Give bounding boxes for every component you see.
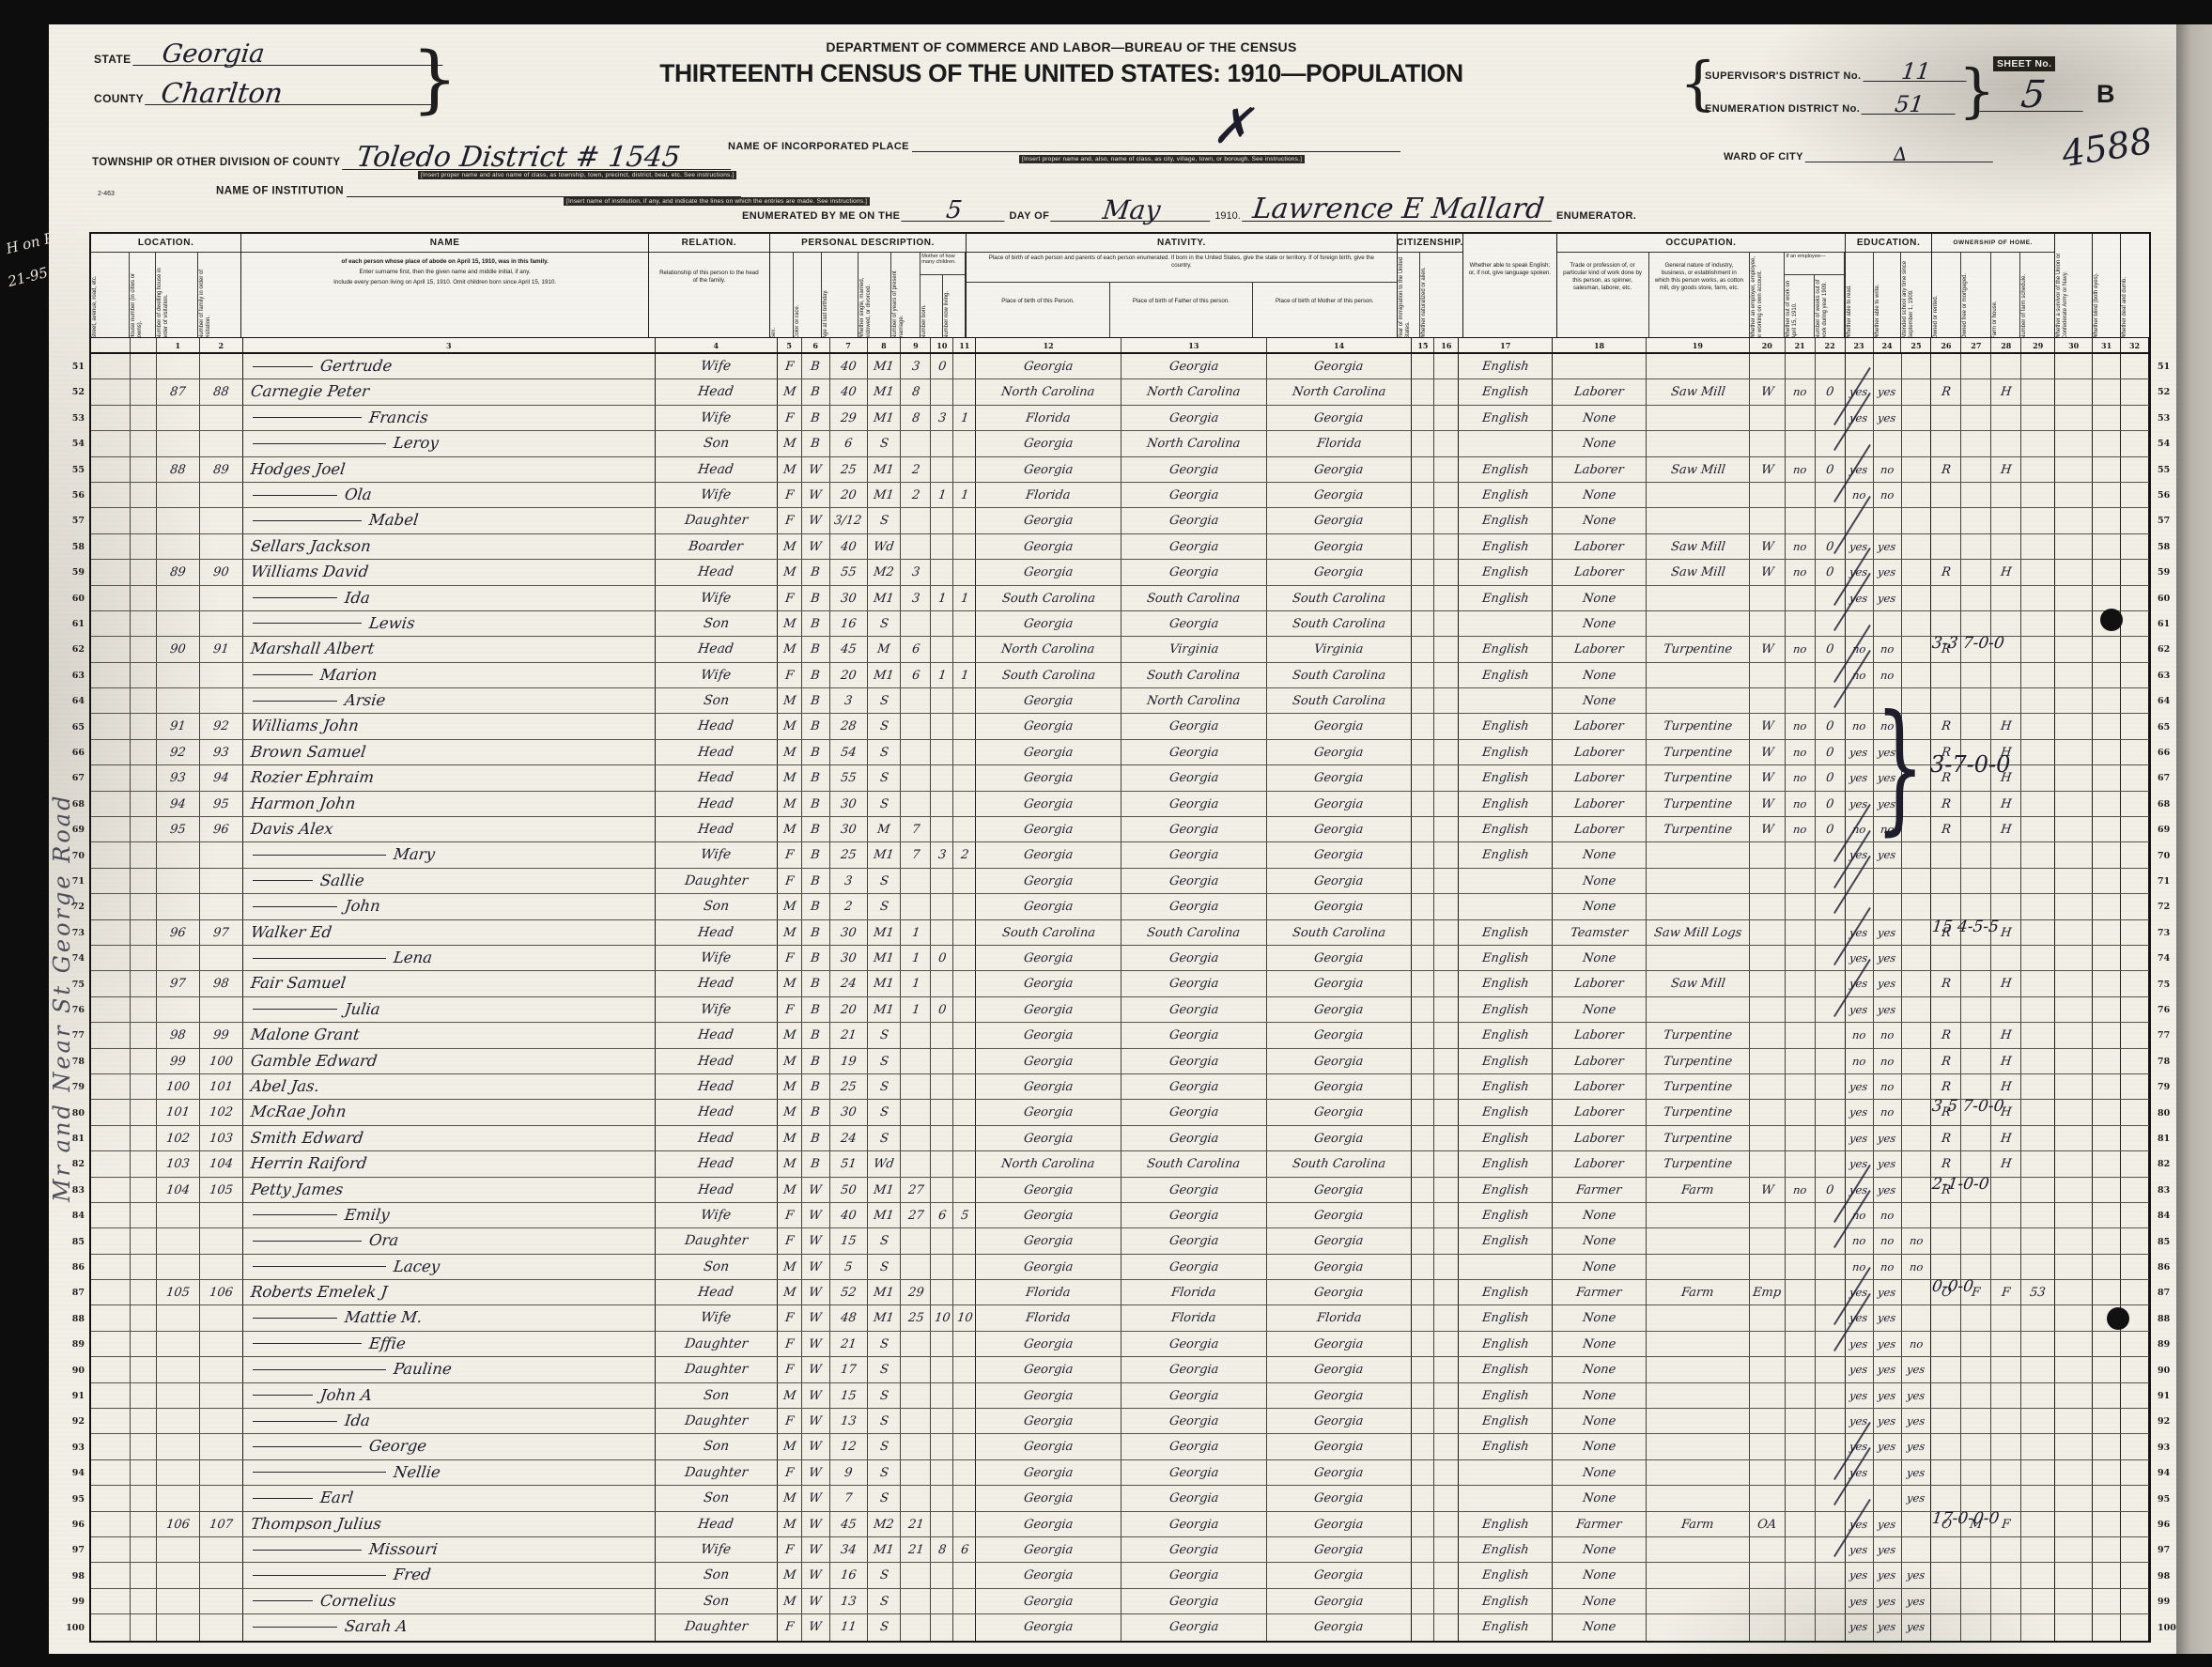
cell-name-value: George	[367, 1434, 427, 1458]
colgroup-location-cols: Street, avenue, road, etc.House number (…	[91, 253, 240, 337]
cell-name-value: Smith Edward	[249, 1126, 364, 1150]
cell-family	[200, 1383, 243, 1408]
cell-fm	[1961, 663, 1991, 687]
cell-cit2	[1434, 1434, 1459, 1459]
cell-wr	[1874, 611, 1902, 636]
cell-fs	[2021, 1228, 2055, 1253]
cell-race-value: W	[808, 1615, 823, 1639]
cell-emp-value: W	[1759, 818, 1774, 841]
cell-trade-value: None	[1581, 689, 1616, 713]
cell-fm	[1961, 714, 1991, 738]
cell-cit1	[1412, 1563, 1434, 1587]
colheader-marital: Whether single, married, widowed, or div…	[859, 253, 891, 337]
cell-pb-value: Georgia	[1022, 689, 1074, 713]
cell-cit2	[1434, 1126, 1459, 1150]
supervisor-district-field: SUPERVISOR'S DISTRICT No. 11	[1705, 58, 1968, 82]
cell-family: 95	[200, 792, 243, 816]
cell-cit1	[1412, 842, 1434, 867]
cell-wk	[1816, 1203, 1846, 1227]
cell-wk-value: 0	[1824, 535, 1834, 559]
cell-cit1	[1412, 406, 1434, 430]
cell-eng: English	[1459, 1228, 1553, 1253]
cell-ow	[1786, 1126, 1816, 1150]
cell-cb-value: 6	[936, 1204, 947, 1227]
cell-dwelling	[157, 1255, 200, 1279]
cell-emp	[1750, 1255, 1786, 1279]
cell-dwelling: 100	[157, 1074, 200, 1099]
cell-pbf: Georgia	[1121, 611, 1267, 636]
cell-cit1	[1412, 1178, 1434, 1202]
colgroup-citizenship-cols: Year of immigration to the United States…	[1398, 253, 1463, 337]
cell-emp-value: W	[1759, 793, 1774, 816]
cell-family	[200, 1203, 243, 1227]
cell-fm	[1961, 1151, 1991, 1176]
cell-relation-value: Son	[702, 895, 730, 918]
cell-emp-value: W	[1759, 766, 1774, 790]
cell-house	[131, 586, 157, 610]
row-annotation: 17-0-0-0	[1931, 1509, 2001, 1528]
cell-fs: 53	[2021, 1280, 2055, 1304]
cell-ym: 21	[901, 1537, 931, 1562]
cell-blind	[2093, 1151, 2121, 1176]
cell-wk-value: 0	[1824, 793, 1834, 816]
cell-sex-value: F	[783, 1358, 795, 1381]
cell-fm	[1961, 1383, 1991, 1408]
ward-field: WARD OF CITY ∆	[1724, 143, 1994, 162]
cell-pbm-value: Georgia	[1313, 1075, 1365, 1099]
cell-rd: no	[1846, 1049, 1874, 1073]
cell-ind: Turpentine	[1647, 1074, 1750, 1099]
cell-eng-value: English	[1480, 1075, 1530, 1099]
cell-own: R	[1931, 1074, 1961, 1099]
cell-relation: Wife	[656, 1203, 778, 1227]
cell-wk: 0	[1816, 637, 1846, 661]
scan-border-top	[0, 0, 2212, 24]
cell-fm	[1961, 1614, 1991, 1640]
left-line-number: 79	[60, 1074, 85, 1100]
cell-ym: 1	[901, 920, 931, 945]
cell-emp	[1750, 946, 1786, 970]
cell-ym	[901, 1486, 931, 1510]
cell-ow: no	[1786, 534, 1816, 559]
cell-wk: 0	[1816, 560, 1846, 584]
cell-ind: Farm	[1647, 1512, 1750, 1536]
cell-eng: English	[1459, 354, 1553, 378]
cell-pbf-value: Georgia	[1168, 818, 1219, 841]
cell-own: R	[1931, 1126, 1961, 1150]
cell-race-value: W	[808, 509, 823, 533]
cell-fh	[1991, 1178, 2021, 1202]
cell-ym-value: 8	[910, 407, 920, 430]
cell-marital: S	[868, 1614, 902, 1640]
cell-trade: None	[1553, 1460, 1647, 1485]
cell-wk-value: 0	[1824, 715, 1834, 738]
cell-age-value: 52	[839, 1281, 858, 1304]
left-line-number: 64	[60, 688, 85, 714]
cell-rd-value: no	[1850, 1024, 1866, 1047]
colheader-trade: Trade or profession of, or particular ki…	[1557, 253, 1649, 337]
cell-pbf: Florida	[1121, 1280, 1267, 1304]
cell-cl	[953, 1023, 976, 1047]
cell-relation-value: Daughter	[683, 1615, 749, 1639]
cell-deaf	[2121, 817, 2149, 841]
cell-fm	[1961, 997, 1991, 1022]
cell-emp	[1750, 869, 1786, 893]
cell-cit2	[1434, 1614, 1459, 1640]
cell-own	[1931, 1332, 1961, 1356]
left-line-number: 84	[60, 1203, 85, 1228]
cell-dwelling: 106	[157, 1512, 200, 1536]
cell-family: 97	[200, 920, 243, 945]
cell-surv	[2055, 714, 2093, 738]
cell-age-value: 55	[839, 561, 858, 584]
cell-wk	[1816, 1537, 1846, 1562]
census-row-line-84: EmilyWifeFW40M12765GeorgiaGeorgiaGeorgia…	[91, 1203, 2149, 1228]
cell-pbf-value: Georgia	[1168, 484, 1219, 507]
cell-name-value: Francis	[367, 406, 429, 429]
cell-eng-value: English	[1480, 1229, 1530, 1253]
cell-wr: no	[1874, 663, 1902, 687]
cell-emp	[1750, 688, 1786, 713]
cell-ow	[1786, 1486, 1816, 1510]
cell-name: Marshall Albert	[243, 637, 656, 661]
cell-fh	[1991, 534, 2021, 559]
cell-rd-value: yes	[1848, 741, 1869, 764]
family-continuation-dash	[253, 1343, 362, 1344]
cell-emp	[1750, 586, 1786, 610]
cell-ow: no	[1786, 1178, 1816, 1202]
cell-relation-value: Boarder	[688, 535, 745, 559]
cell-ind: Turpentine	[1647, 1049, 1750, 1073]
cell-cb	[931, 1460, 953, 1485]
cell-fm	[1961, 354, 1991, 378]
cell-dwelling	[157, 1589, 200, 1613]
cell-cit2	[1434, 946, 1459, 970]
left-line-number: 55	[60, 457, 85, 483]
colheader-weeks-out-label: Number of weeks out of work during year …	[1815, 275, 1830, 337]
cell-emp	[1750, 1074, 1786, 1099]
cell-dwelling	[157, 997, 200, 1022]
cell-eng-value: English	[1480, 1410, 1530, 1433]
cell-surv	[2055, 457, 2093, 482]
cell-fh	[1991, 1305, 2021, 1330]
cell-marital: M1	[868, 1178, 902, 1202]
cell-house	[131, 611, 157, 636]
cell-race: W	[802, 1409, 830, 1433]
cell-wr-value: no	[1879, 484, 1895, 507]
cell-name-value: Sallie	[318, 869, 365, 892]
cell-pbf: Georgia	[1121, 1589, 1267, 1613]
cell-trade: None	[1553, 611, 1647, 636]
column-number: 7	[830, 338, 868, 352]
cell-surv	[2055, 1049, 2093, 1073]
cell-ind-value: Turpentine	[1662, 715, 1733, 738]
cell-fs	[2021, 894, 2055, 918]
cell-wr-value: yes	[1877, 921, 1897, 945]
cell-eng-value: English	[1480, 1513, 1530, 1536]
cell-ind-value: Turpentine	[1662, 638, 1733, 661]
cell-name-value: Missouri	[367, 1537, 439, 1561]
cell-ow	[1786, 1434, 1816, 1459]
cell-cit1	[1412, 714, 1434, 738]
cell-pbf-value: South Carolina	[1146, 921, 1242, 945]
cell-ym	[901, 869, 931, 893]
cell-name: Fair Samuel	[243, 971, 656, 996]
cell-fh: H	[1991, 1049, 2021, 1073]
cell-wr: yes	[1874, 379, 1902, 404]
cell-relation-value: Head	[697, 638, 735, 661]
cell-pbm-value: Georgia	[1313, 947, 1365, 970]
cell-emp	[1750, 971, 1786, 996]
cell-marital-value: M1	[873, 355, 896, 378]
cell-fs	[2021, 1614, 2055, 1640]
cell-wr: no	[1874, 1100, 1902, 1124]
column-number: 23	[1846, 338, 1874, 352]
cell-dwelling	[157, 611, 200, 636]
cell-fm	[1961, 1305, 1991, 1330]
cell-age-value: 45	[839, 1513, 858, 1536]
cell-dwelling-value: 104	[164, 1179, 191, 1202]
cell-age: 17	[830, 1357, 868, 1381]
cell-fh	[1991, 1332, 2021, 1356]
cell-ym: 6	[901, 637, 931, 661]
cell-pb: Georgia	[976, 894, 1121, 918]
cell-deaf	[2121, 1228, 2149, 1253]
cell-pbf: Georgia	[1121, 1023, 1267, 1047]
cell-wr: yes	[1874, 406, 1902, 430]
cell-pbf-value: Georgia	[1168, 458, 1219, 482]
cell-sch	[1902, 869, 1932, 893]
cell-surv	[2055, 688, 2093, 713]
cell-ym-value: 6	[910, 664, 920, 687]
cell-name-value: Ora	[367, 1228, 399, 1252]
cell-pbf: Georgia	[1121, 560, 1267, 584]
cell-ind	[1647, 1383, 1750, 1408]
cell-relation: Head	[656, 817, 778, 841]
cell-trade: None	[1553, 1434, 1647, 1459]
cell-ow	[1786, 1049, 1816, 1073]
cell-surv	[2055, 1178, 2093, 1202]
cell-rd: yes	[1846, 1332, 1874, 1356]
cell-marital-value: M1	[873, 484, 896, 507]
cell-sex: M	[778, 1255, 802, 1279]
family-continuation-dash	[253, 1214, 337, 1215]
cell-relation-value: Head	[697, 715, 735, 738]
cell-age-value: 21	[839, 1024, 858, 1047]
cell-house	[131, 1100, 157, 1124]
cell-wk: 0	[1816, 817, 1846, 841]
cell-pbf-value: Georgia	[1168, 509, 1219, 533]
cell-relation-value: Son	[702, 1487, 730, 1510]
cell-relation: Son	[656, 688, 778, 713]
cell-race-value: B	[810, 793, 822, 816]
cell-trade: Laborer	[1553, 1126, 1647, 1150]
cell-marital-value: S	[878, 1333, 889, 1356]
cell-cit2	[1434, 1589, 1459, 1613]
cell-house	[131, 354, 157, 378]
cell-race: W	[802, 1203, 830, 1227]
cell-relation-value: Wife	[700, 843, 733, 867]
cell-rd: yes	[1846, 1537, 1874, 1562]
cell-relation: Head	[656, 1178, 778, 1202]
cell-sex: F	[778, 1614, 802, 1640]
census-row-line-65: 9192Williams JohnHeadMB28SGeorgiaGeorgia…	[91, 714, 2149, 739]
cell-pbm: Georgia	[1267, 508, 1413, 533]
cell-street	[91, 869, 131, 893]
cell-sex-value: M	[781, 1152, 797, 1176]
cell-surv	[2055, 1512, 2093, 1536]
cell-race: B	[802, 586, 830, 610]
cell-ow	[1786, 1332, 1816, 1356]
cell-pbm: Georgia	[1267, 997, 1413, 1022]
cell-wk	[1816, 1049, 1846, 1073]
cell-house	[131, 765, 157, 790]
cell-cl	[953, 1434, 976, 1459]
cell-house	[131, 1280, 157, 1304]
cell-wk-value: 0	[1824, 766, 1834, 790]
cell-family	[200, 1537, 243, 1562]
cell-pb-value: Georgia	[1022, 1256, 1074, 1279]
cell-name-value: Thompson Julius	[249, 1512, 382, 1536]
cell-name-value: Malone Grant	[249, 1023, 361, 1046]
colheader-house: House number (in cities or towns).	[130, 253, 156, 337]
cell-age: 30	[830, 817, 868, 841]
cell-cb	[931, 1383, 953, 1408]
cell-fs	[2021, 1512, 2055, 1536]
cell-sch: no	[1902, 1255, 1932, 1279]
cell-marital: M1	[868, 946, 902, 970]
cell-cb	[931, 379, 953, 404]
cell-cb-value: 1	[936, 587, 947, 610]
cell-marital-value: M1	[873, 1204, 896, 1227]
cell-dwelling: 95	[157, 817, 200, 841]
cell-pb-value: Georgia	[1022, 561, 1074, 584]
left-line-number: 61	[60, 611, 85, 637]
left-line-number: 87	[60, 1280, 85, 1305]
cell-cb	[931, 534, 953, 559]
cell-race-value: B	[810, 741, 822, 764]
cell-fh: H	[1991, 714, 2021, 738]
cell-pb: South Carolina	[976, 920, 1121, 945]
cell-marital: M2	[868, 560, 902, 584]
cell-race: B	[802, 560, 830, 584]
cell-cit2	[1434, 1357, 1459, 1381]
colgroup-education-title: EDUCATION.	[1846, 234, 1930, 253]
cell-marital-value: S	[878, 1435, 889, 1459]
column-number: 22	[1816, 338, 1846, 352]
cell-ym	[901, 611, 931, 636]
cell-blind	[2093, 1383, 2121, 1408]
cell-relation: Wife	[656, 354, 778, 378]
colheader-weeks-out: Number of weeks out of work during year …	[1815, 275, 1844, 337]
cell-cb-value: 10	[933, 1306, 951, 1330]
cell-emp	[1750, 1100, 1786, 1124]
cell-family-value: 107	[208, 1513, 234, 1536]
cell-pb-value: North Carolina	[1000, 380, 1096, 404]
cell-pbm: Georgia	[1267, 894, 1413, 918]
cell-wr-value: no	[1879, 1050, 1895, 1073]
cell-ym	[901, 1614, 931, 1640]
cell-race: W	[802, 508, 830, 533]
cell-age: 24	[830, 971, 868, 996]
cell-ym: 27	[901, 1203, 931, 1227]
cell-cl: 1	[953, 406, 976, 430]
column-number: 27	[1961, 338, 1991, 352]
census-row-line-61: LewisSonMB16SGeorgiaGeorgiaSouth Carolin…	[91, 611, 2149, 637]
cell-own: R	[1931, 817, 1961, 841]
cell-blind	[2093, 1280, 2121, 1304]
cell-fm	[1961, 688, 1991, 713]
cell-family: 107	[200, 1512, 243, 1536]
cell-trade: Laborer	[1553, 817, 1647, 841]
cell-cit2	[1434, 1486, 1459, 1510]
colgroup-ownership: OWNERSHIP OF HOME.Owned or rented.Owned …	[1932, 234, 2055, 337]
cell-blind	[2093, 1100, 2121, 1124]
cell-deaf	[2121, 1151, 2149, 1176]
cell-sex: M	[778, 688, 802, 713]
colgroup-deaf-cols: Whether deaf and dumb.	[2121, 234, 2149, 337]
cell-deaf	[2121, 534, 2149, 559]
left-line-number: 76	[60, 997, 85, 1023]
cell-race-value: B	[810, 766, 822, 790]
cell-name-value: Davis Alex	[249, 817, 334, 841]
cell-ow	[1786, 1151, 1816, 1176]
cell-eng-value: English	[1480, 407, 1530, 430]
cell-family-value: 102	[208, 1101, 234, 1124]
colgroup-name-title: NAME	[241, 234, 648, 253]
cell-name-value: Cornelius	[318, 1589, 397, 1613]
cell-ind-value: Saw Mill Logs	[1652, 921, 1742, 945]
cell-trade: Farmer	[1553, 1178, 1647, 1202]
cell-sex: M	[778, 1151, 802, 1176]
cell-eng-value: English	[1480, 587, 1530, 610]
cell-cl	[953, 1409, 976, 1433]
cell-pbf: Georgia	[1121, 1563, 1267, 1587]
cell-cb: 6	[931, 1203, 953, 1227]
cell-fm	[1961, 611, 1991, 636]
colgroup-if-employee: If an employee—Whether out of work on Ap…	[1785, 253, 1845, 337]
incorporated-place-mark: ✗	[1212, 99, 1253, 155]
cell-marital-value: M1	[873, 407, 896, 430]
cell-own	[1931, 1537, 1961, 1562]
name-desc-1: of each person whose place of abode on A…	[251, 258, 639, 266]
cell-age-value: 30	[839, 793, 858, 816]
cell-rd-value: yes	[1848, 1538, 1869, 1562]
cell-age: 52	[830, 1280, 868, 1304]
cell-cit2	[1434, 1178, 1459, 1202]
cell-relation: Son	[656, 1563, 778, 1587]
cell-street	[91, 560, 131, 584]
cell-marital: S	[868, 431, 902, 455]
cell-trade-value: None	[1581, 1256, 1616, 1279]
cell-race: W	[802, 1614, 830, 1640]
cell-surv	[2055, 894, 2093, 918]
cell-eng-value: English	[1480, 1179, 1530, 1202]
colheader-farm-house-label: Farm or house.	[1991, 253, 2000, 337]
cell-ym-value: 1	[910, 921, 920, 945]
cell-pb: Georgia	[976, 1409, 1121, 1433]
cell-ym	[901, 714, 931, 738]
cell-name-value: Mabel	[367, 508, 419, 532]
cell-race-value: B	[810, 1101, 822, 1124]
cell-wr: no	[1874, 1023, 1902, 1047]
cell-blind	[2093, 1255, 2121, 1279]
colheader-out-of-work-label: Whether out of work on April 15, 1910.	[1785, 275, 1800, 337]
cell-cb	[931, 1486, 953, 1510]
cell-trade-value: Laborer	[1573, 1024, 1626, 1047]
cell-cl	[953, 508, 976, 533]
colheader-house-label: House number (in cities or towns).	[130, 253, 145, 337]
